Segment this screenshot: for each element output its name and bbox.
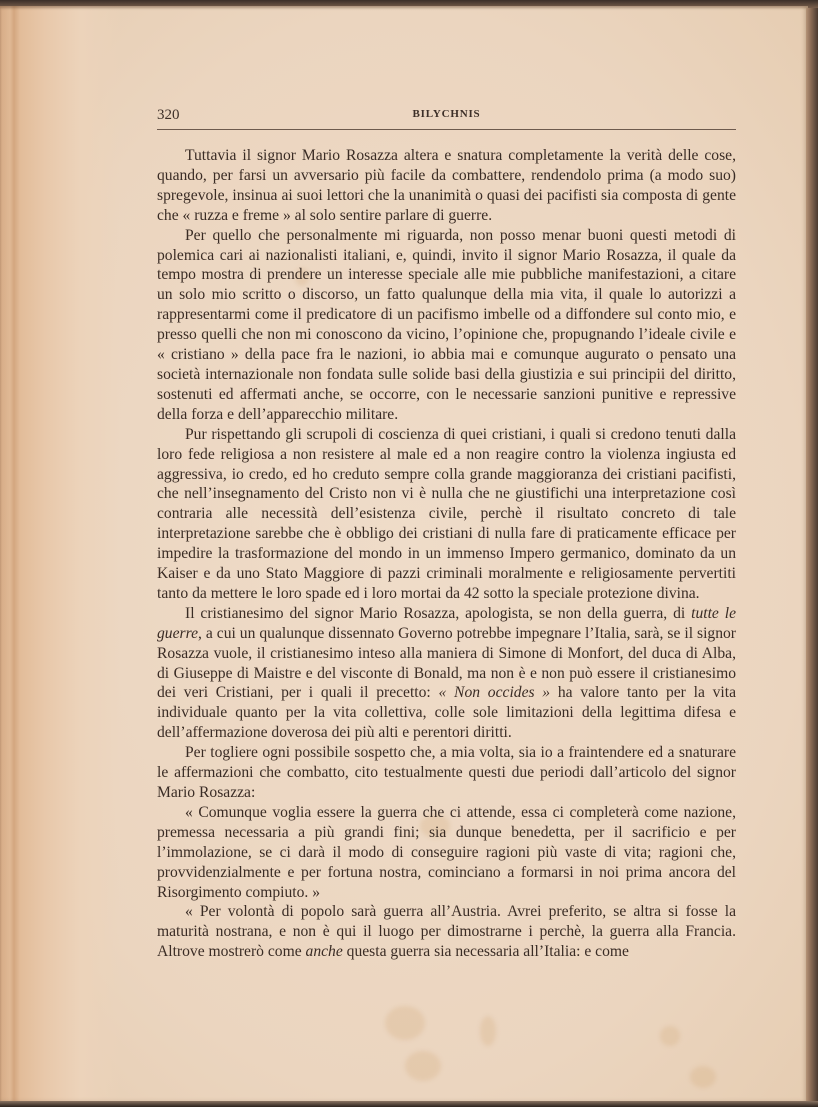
text-run: Per quello che personalmente mi riguarda… xyxy=(157,227,736,423)
paper-stain xyxy=(385,1006,425,1040)
text-run: « Comunque voglia essere la guerra che c… xyxy=(157,804,736,901)
text-run: Il cristianesimo del signor Mario Rosazz… xyxy=(185,605,691,622)
book-bottom-edge xyxy=(0,1101,818,1107)
running-header: 320 BILYCHNIS xyxy=(157,105,736,130)
text-run: Tuttavia il signor Mario Rosazza altera … xyxy=(157,147,736,224)
paragraph: « Per volontà di popolo sarà guerra all’… xyxy=(157,902,736,962)
paragraph: Il cristianesimo del signor Mario Rosazz… xyxy=(157,604,736,743)
paragraph: Pur rispettando gli scrupoli di coscienz… xyxy=(157,425,736,604)
italic-text: anche xyxy=(306,943,343,960)
paragraph: Tuttavia il signor Mario Rosazza altera … xyxy=(157,146,736,226)
scanned-page: 320 BILYCHNIS Tuttavia il signor Mario R… xyxy=(0,0,818,1107)
text-run: Pur rispettando gli scrupoli di coscienz… xyxy=(157,426,736,602)
paper-stain xyxy=(690,1066,716,1088)
paragraph: « Comunque voglia essere la guerra che c… xyxy=(157,803,736,903)
body-text: Tuttavia il signor Mario Rosazza altera … xyxy=(157,146,736,962)
paper-stain xyxy=(405,1051,441,1081)
italic-text: « Non oc­cides » xyxy=(439,684,551,701)
paragraph: Per togliere ogni possibile sospetto che… xyxy=(157,743,736,803)
text-run: Per togliere ogni possibile sospetto che… xyxy=(157,744,736,801)
paragraph: Per quello che personalmente mi riguarda… xyxy=(157,226,736,425)
text-run: questa guerra sia necessaria all’Italia:… xyxy=(343,943,629,960)
running-title: BILYCHNIS xyxy=(157,108,736,120)
page-right-edge xyxy=(806,8,818,1103)
paper-stain xyxy=(660,1026,680,1046)
paper-stain xyxy=(480,1016,496,1046)
